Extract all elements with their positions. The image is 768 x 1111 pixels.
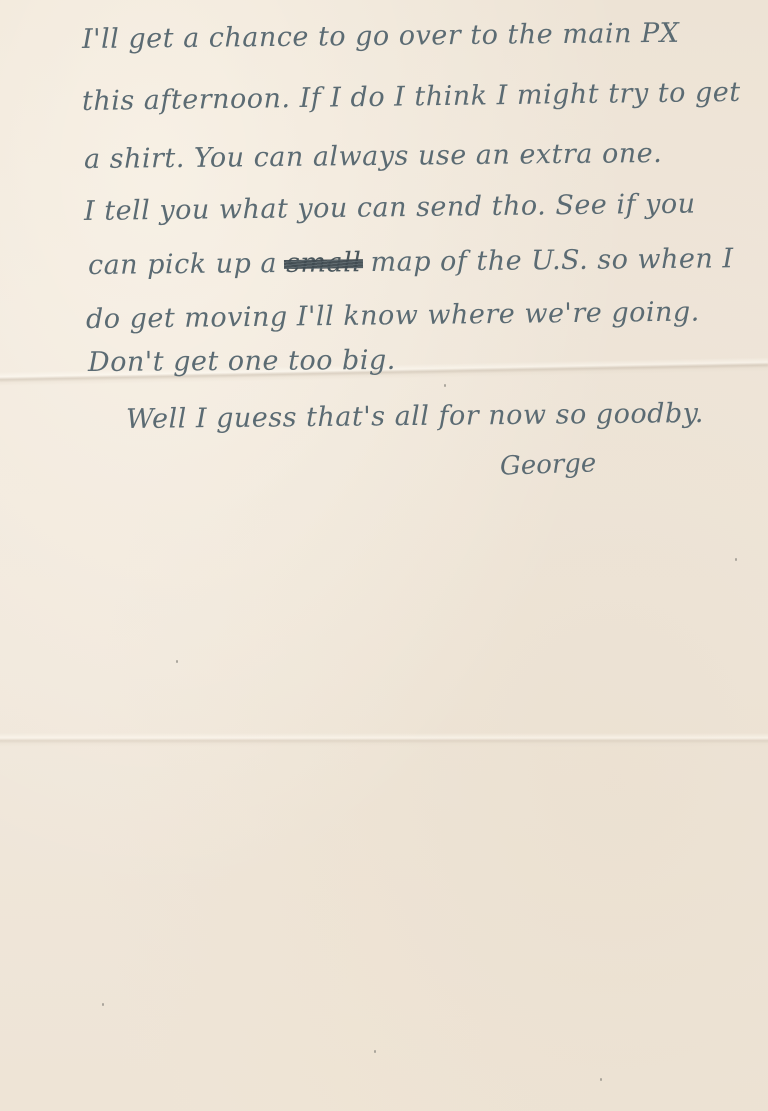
letter-line-4: I tell you what you can send tho. See if… (84, 189, 696, 227)
signature: George (500, 448, 597, 481)
letter-line-1: I'll get a chance to go over to the main… (82, 18, 680, 55)
paper-speck (600, 1078, 602, 1081)
paper-speck (176, 660, 178, 663)
letter-line-5-end: map of the U.S. so when I (370, 243, 733, 278)
paper-speck (102, 1003, 104, 1006)
paper-speck (444, 384, 446, 387)
letter-closing-line: Well I guess that's all for now so goodb… (126, 398, 704, 435)
letter-line-3: a shirt. You can always use an extra one… (84, 138, 663, 175)
letter-line-6: do get moving I'll know where we're goin… (86, 297, 700, 335)
crossed-out-word: small (286, 247, 362, 279)
letter-page: I'll get a chance to go over to the main… (0, 0, 768, 1111)
letter-line-5: can pick up a small map of the U.S. so w… (88, 243, 734, 281)
paper-speck (735, 558, 737, 561)
letter-line-2: this afternoon. If I do I think I might … (82, 77, 741, 117)
paper-speck (374, 1050, 376, 1053)
fold-crease-lower (0, 733, 768, 747)
letter-line-7: Don't get one too big. (88, 345, 396, 378)
letter-line-5-start: can pick up a (88, 248, 277, 281)
